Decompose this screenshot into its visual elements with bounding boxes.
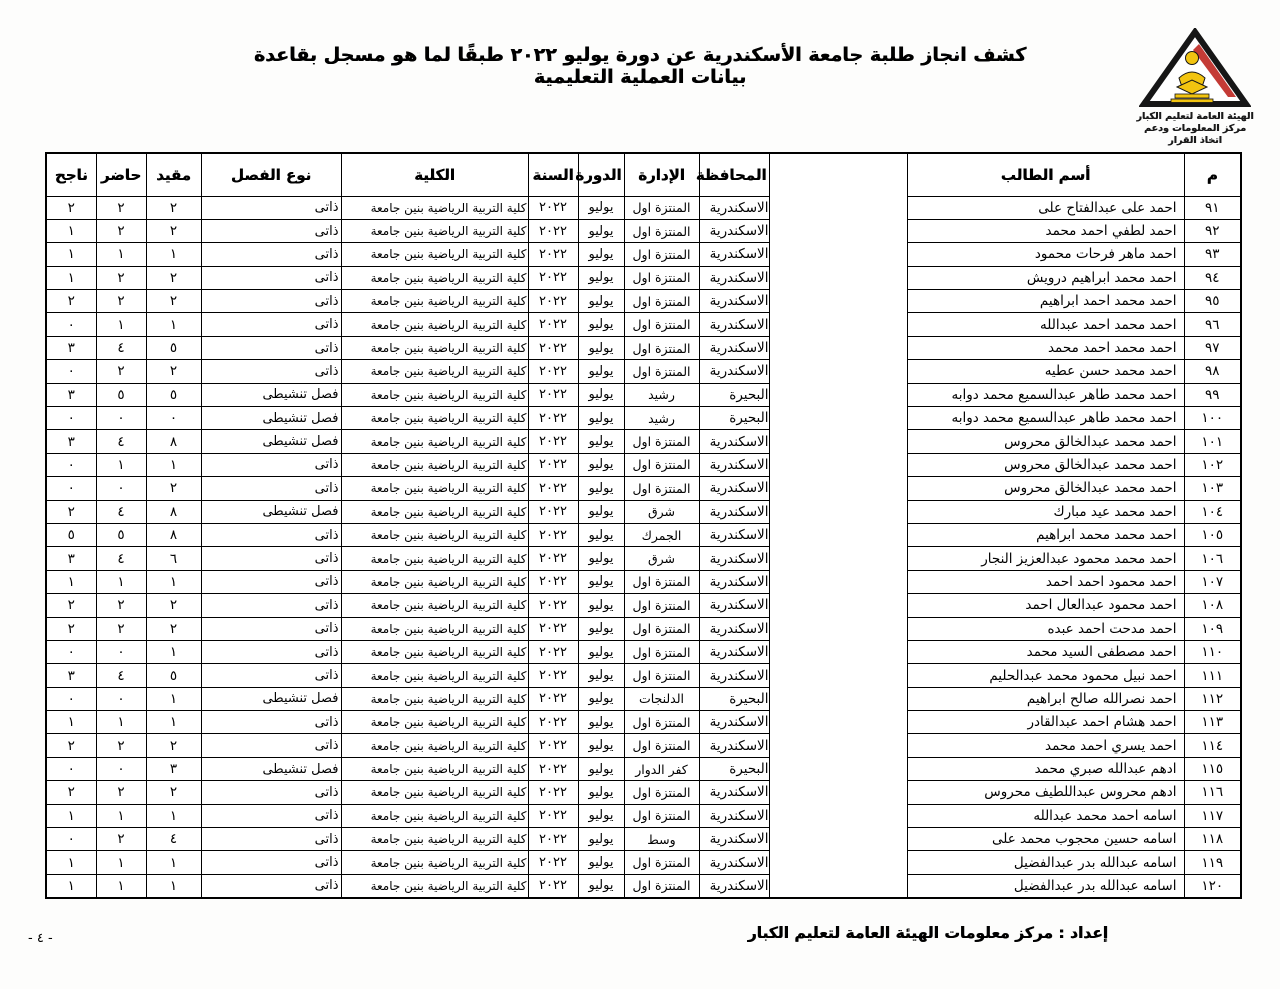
cell-year: ٢٠٢٢ xyxy=(528,243,578,266)
cell-passed-count: ٢ xyxy=(46,290,96,313)
cell-session: يوليو xyxy=(578,313,624,336)
cell-passed-count: ٣ xyxy=(46,547,96,570)
cell-year: ٢٠٢٢ xyxy=(528,500,578,523)
cell-college: كلية التربية الرياضية بنين جامعة xyxy=(341,523,528,546)
cell-passed-count: ٠ xyxy=(46,407,96,430)
cell-administration: المنتزة اول xyxy=(624,336,699,359)
cell-administration: شرق xyxy=(624,547,699,570)
table-row: ١١٤ احمد يسري احمد محمد الاسكندرية المنت… xyxy=(46,734,1241,757)
cell-class-type: ذاتى xyxy=(201,196,341,219)
cell-governorate: الاسكندرية xyxy=(699,266,769,289)
cell-session: يوليو xyxy=(578,453,624,476)
cell-administration: المنتزة اول xyxy=(624,617,699,640)
cell-governorate: البحيرة xyxy=(699,757,769,780)
cell-governorate: الاسكندرية xyxy=(699,313,769,336)
cell-attended-count: ٤ xyxy=(96,547,146,570)
cell-year: ٢٠٢٢ xyxy=(528,804,578,827)
cell-administration: المنتزة اول xyxy=(624,196,699,219)
cell-governorate: البحيرة xyxy=(699,407,769,430)
table-row: ١١٨ اسامه حسين محجوب محمد على الاسكندرية… xyxy=(46,828,1241,851)
cell-year: ٢٠٢٢ xyxy=(528,874,578,897)
cell-attended-count: ١ xyxy=(96,851,146,874)
cell-row-number: ١٠٨ xyxy=(1184,594,1241,617)
cell-passed-count: ٢ xyxy=(46,594,96,617)
table-row: ١٠١ احمد محمد عبدالخالق محروس الاسكندرية… xyxy=(46,430,1241,453)
cell-year: ٢٠٢٢ xyxy=(528,757,578,780)
cell-class-type: فصل تنشيطى xyxy=(201,383,341,406)
cell-row-number: ١١٤ xyxy=(1184,734,1241,757)
cell-student-name: اسامه احمد محمد عبدالله xyxy=(907,804,1184,827)
cell-student-name: احمد على عبدالفتاح على xyxy=(907,196,1184,219)
cell-administration: المنتزة اول xyxy=(624,640,699,663)
cell-gap xyxy=(769,219,907,242)
cell-college: كلية التربية الرياضية بنين جامعة xyxy=(341,313,528,336)
cell-administration: كفر الدوار xyxy=(624,757,699,780)
cell-class-type: ذاتى xyxy=(201,781,341,804)
table-row: ١١٠ احمد مصطفى السيد محمد الاسكندرية الم… xyxy=(46,640,1241,663)
cell-session: يوليو xyxy=(578,383,624,406)
cell-attended-count: ٢ xyxy=(96,219,146,242)
cell-session: يوليو xyxy=(578,336,624,359)
cell-year: ٢٠٢٢ xyxy=(528,290,578,313)
cell-administration: المنتزة اول xyxy=(624,851,699,874)
cell-administration: المنتزة اول xyxy=(624,874,699,897)
cell-row-number: ١٠٧ xyxy=(1184,570,1241,593)
cell-governorate: الاسكندرية xyxy=(699,664,769,687)
table-row: ٩٥ احمد محمد احمد ابراهيم الاسكندرية الم… xyxy=(46,290,1241,313)
cell-year: ٢٠٢٢ xyxy=(528,711,578,734)
cell-administration: المنتزة اول xyxy=(624,243,699,266)
cell-year: ٢٠٢٢ xyxy=(528,781,578,804)
cell-passed-count: ٣ xyxy=(46,664,96,687)
cell-year: ٢٠٢٢ xyxy=(528,687,578,710)
logo-text-center: مركز المعلومات ودعم اتخاذ القرار xyxy=(1132,123,1258,147)
cell-session: يوليو xyxy=(578,547,624,570)
cell-row-number: ٩٢ xyxy=(1184,219,1241,242)
adult-education-triangle-icon xyxy=(1139,28,1251,108)
cell-row-number: ٩٦ xyxy=(1184,313,1241,336)
cell-enrolled-count: ٢ xyxy=(146,477,201,500)
cell-student-name: احمد محمد احمد عبدالله xyxy=(907,313,1184,336)
cell-year: ٢٠٢٢ xyxy=(528,453,578,476)
cell-row-number: ١٠١ xyxy=(1184,430,1241,453)
cell-session: يوليو xyxy=(578,243,624,266)
cell-college: كلية التربية الرياضية بنين جامعة xyxy=(341,594,528,617)
cell-gap xyxy=(769,757,907,780)
cell-student-name: احمد محمد طاهر عبدالسميع محمد دوابه xyxy=(907,407,1184,430)
cell-attended-count: ٥ xyxy=(96,523,146,546)
cell-attended-count: ٢ xyxy=(96,828,146,851)
cell-governorate: الاسكندرية xyxy=(699,430,769,453)
cell-passed-count: ٣ xyxy=(46,430,96,453)
cell-class-type: ذاتى xyxy=(201,290,341,313)
cell-college: كلية التربية الرياضية بنين جامعة xyxy=(341,828,528,851)
cell-enrolled-count: ١ xyxy=(146,640,201,663)
cell-passed-count: ٢ xyxy=(46,617,96,640)
students-table-body: ٩١ احمد على عبدالفتاح على الاسكندرية الم… xyxy=(46,196,1241,898)
cell-row-number: ١١١ xyxy=(1184,664,1241,687)
cell-governorate: الاسكندرية xyxy=(699,804,769,827)
cell-student-name: ادهم عبدالله صبري محمد xyxy=(907,757,1184,780)
cell-year: ٢٠٢٢ xyxy=(528,407,578,430)
cell-governorate: الاسكندرية xyxy=(699,617,769,640)
cell-passed-count: ٠ xyxy=(46,313,96,336)
cell-row-number: ٩٥ xyxy=(1184,290,1241,313)
cell-college: كلية التربية الرياضية بنين جامعة xyxy=(341,243,528,266)
cell-year: ٢٠٢٢ xyxy=(528,477,578,500)
cell-enrolled-count: ٢ xyxy=(146,617,201,640)
cell-attended-count: ١ xyxy=(96,570,146,593)
cell-year: ٢٠٢٢ xyxy=(528,547,578,570)
cell-passed-count: ٥ xyxy=(46,523,96,546)
table-row: ٩٣ احمد ماهر فرحات محمود الاسكندرية المن… xyxy=(46,243,1241,266)
cell-attended-count: ٢ xyxy=(96,360,146,383)
cell-enrolled-count: ٥ xyxy=(146,336,201,359)
cell-session: يوليو xyxy=(578,851,624,874)
cell-enrolled-count: ١ xyxy=(146,243,201,266)
cell-gap xyxy=(769,804,907,827)
cell-gap xyxy=(769,711,907,734)
cell-class-type: فصل تنشيطى xyxy=(201,430,341,453)
col-header-enrolled: مقيد xyxy=(146,153,201,196)
cell-governorate: الاسكندرية xyxy=(699,219,769,242)
cell-passed-count: ٠ xyxy=(46,477,96,500)
cell-administration: المنتزة اول xyxy=(624,477,699,500)
cell-governorate: الاسكندرية xyxy=(699,336,769,359)
cell-row-number: ١١٦ xyxy=(1184,781,1241,804)
cell-administration: المنتزة اول xyxy=(624,313,699,336)
cell-administration: المنتزة اول xyxy=(624,266,699,289)
cell-session: يوليو xyxy=(578,523,624,546)
cell-session: يوليو xyxy=(578,219,624,242)
col-header-student-name: أسم الطالب xyxy=(907,153,1184,196)
cell-governorate: الاسكندرية xyxy=(699,547,769,570)
cell-college: كلية التربية الرياضية بنين جامعة xyxy=(341,874,528,897)
table-row: ١١١ احمد نبيل محمود محمد عبدالحليم الاسك… xyxy=(46,664,1241,687)
cell-student-name: احمد محمد احمد محمد xyxy=(907,336,1184,359)
cell-governorate: الاسكندرية xyxy=(699,523,769,546)
cell-student-name: احمد مدحت احمد عبده xyxy=(907,617,1184,640)
cell-administration: رشيد xyxy=(624,407,699,430)
cell-enrolled-count: ٣ xyxy=(146,757,201,780)
cell-student-name: احمد نصرالله صالح ابراهيم xyxy=(907,687,1184,710)
cell-college: كلية التربية الرياضية بنين جامعة xyxy=(341,360,528,383)
table-row: ٩١ احمد على عبدالفتاح على الاسكندرية الم… xyxy=(46,196,1241,219)
cell-gap xyxy=(769,594,907,617)
cell-gap xyxy=(769,617,907,640)
cell-student-name: احمد يسري احمد محمد xyxy=(907,734,1184,757)
table-row: ١١٥ ادهم عبدالله صبري محمد البحيرة كفر ا… xyxy=(46,757,1241,780)
cell-row-number: ٩٤ xyxy=(1184,266,1241,289)
cell-session: يوليو xyxy=(578,617,624,640)
cell-row-number: ١٢٠ xyxy=(1184,874,1241,897)
cell-session: يوليو xyxy=(578,266,624,289)
cell-passed-count: ١ xyxy=(46,266,96,289)
cell-administration: المنتزة اول xyxy=(624,290,699,313)
cell-governorate: البحيرة xyxy=(699,687,769,710)
cell-session: يوليو xyxy=(578,594,624,617)
cell-enrolled-count: ٢ xyxy=(146,219,201,242)
col-header-administration: الإدارة xyxy=(624,153,699,196)
cell-passed-count: ٠ xyxy=(46,757,96,780)
cell-year: ٢٠٢٢ xyxy=(528,313,578,336)
cell-passed-count: ٣ xyxy=(46,383,96,406)
table-row: ١١٩ اسامه عبدالله بدر عبدالفضيل الاسكندر… xyxy=(46,851,1241,874)
cell-student-name: احمد محمد محمود عبدالعزيز النجار xyxy=(907,547,1184,570)
col-header-attended: حاضر xyxy=(96,153,146,196)
cell-row-number: ٩٣ xyxy=(1184,243,1241,266)
cell-class-type: ذاتى xyxy=(201,523,341,546)
cell-class-type: ذاتى xyxy=(201,711,341,734)
cell-attended-count: ٥ xyxy=(96,383,146,406)
cell-gap xyxy=(769,523,907,546)
cell-enrolled-count: ٢ xyxy=(146,594,201,617)
cell-row-number: ١٠٣ xyxy=(1184,477,1241,500)
cell-attended-count: ٠ xyxy=(96,407,146,430)
cell-governorate: الاسكندرية xyxy=(699,453,769,476)
cell-enrolled-count: ٢ xyxy=(146,734,201,757)
col-header-session: الدورة xyxy=(578,153,624,196)
cell-governorate: الاسكندرية xyxy=(699,477,769,500)
cell-college: كلية التربية الرياضية بنين جامعة xyxy=(341,711,528,734)
cell-passed-count: ٢ xyxy=(46,781,96,804)
cell-session: يوليو xyxy=(578,570,624,593)
cell-session: يوليو xyxy=(578,500,624,523)
cell-college: كلية التربية الرياضية بنين جامعة xyxy=(341,687,528,710)
cell-class-type: ذاتى xyxy=(201,547,341,570)
cell-enrolled-count: ٠ xyxy=(146,407,201,430)
cell-college: كلية التربية الرياضية بنين جامعة xyxy=(341,336,528,359)
cell-student-name: احمد مصطفى السيد محمد xyxy=(907,640,1184,663)
cell-enrolled-count: ١ xyxy=(146,711,201,734)
table-row: ٩٧ احمد محمد احمد محمد الاسكندرية المنتز… xyxy=(46,336,1241,359)
cell-class-type: ذاتى xyxy=(201,336,341,359)
cell-college: كلية التربية الرياضية بنين جامعة xyxy=(341,734,528,757)
table-row: ٩٦ احمد محمد احمد عبدالله الاسكندرية الم… xyxy=(46,313,1241,336)
cell-gap xyxy=(769,640,907,663)
cell-attended-count: ٢ xyxy=(96,594,146,617)
cell-attended-count: ٠ xyxy=(96,757,146,780)
cell-governorate: البحيرة xyxy=(699,383,769,406)
authority-logo: الهيئة العامة لتعليم الكبار مركز المعلوم… xyxy=(1132,28,1258,147)
cell-session: يوليو xyxy=(578,290,624,313)
cell-attended-count: ٤ xyxy=(96,430,146,453)
col-header-num: م xyxy=(1184,153,1241,196)
cell-enrolled-count: ١ xyxy=(146,570,201,593)
cell-year: ٢٠٢٢ xyxy=(528,828,578,851)
cell-attended-count: ٢ xyxy=(96,266,146,289)
cell-class-type: فصل تنشيطى xyxy=(201,757,341,780)
cell-class-type: ذاتى xyxy=(201,243,341,266)
cell-student-name: احمد محمد حسن عطيه xyxy=(907,360,1184,383)
cell-college: كلية التربية الرياضية بنين جامعة xyxy=(341,453,528,476)
cell-session: يوليو xyxy=(578,757,624,780)
cell-row-number: ٩٧ xyxy=(1184,336,1241,359)
cell-row-number: ١١٣ xyxy=(1184,711,1241,734)
table-row: ٩٨ احمد محمد حسن عطيه الاسكندرية المنتزة… xyxy=(46,360,1241,383)
cell-gap xyxy=(769,828,907,851)
cell-class-type: ذاتى xyxy=(201,851,341,874)
cell-attended-count: ٠ xyxy=(96,477,146,500)
cell-row-number: ١٠٩ xyxy=(1184,617,1241,640)
cell-year: ٢٠٢٢ xyxy=(528,430,578,453)
cell-year: ٢٠٢٢ xyxy=(528,851,578,874)
cell-attended-count: ٢ xyxy=(96,196,146,219)
cell-class-type: ذاتى xyxy=(201,266,341,289)
cell-administration: المنتزة اول xyxy=(624,430,699,453)
cell-year: ٢٠٢٢ xyxy=(528,336,578,359)
cell-governorate: الاسكندرية xyxy=(699,781,769,804)
cell-college: كلية التربية الرياضية بنين جامعة xyxy=(341,547,528,570)
cell-year: ٢٠٢٢ xyxy=(528,383,578,406)
cell-class-type: فصل تنشيطى xyxy=(201,407,341,430)
cell-enrolled-count: ٥ xyxy=(146,383,201,406)
cell-class-type: ذاتى xyxy=(201,313,341,336)
cell-student-name: احمد لطفي احمد محمد xyxy=(907,219,1184,242)
cell-row-number: ٩١ xyxy=(1184,196,1241,219)
cell-passed-count: ٠ xyxy=(46,828,96,851)
cell-gap xyxy=(769,664,907,687)
cell-gap xyxy=(769,477,907,500)
cell-college: كلية التربية الرياضية بنين جامعة xyxy=(341,617,528,640)
cell-governorate: الاسكندرية xyxy=(699,874,769,897)
cell-administration: الجمرك xyxy=(624,523,699,546)
cell-governorate: الاسكندرية xyxy=(699,500,769,523)
col-header-passed: ناجح xyxy=(46,153,96,196)
cell-college: كلية التربية الرياضية بنين جامعة xyxy=(341,640,528,663)
table-row: ١٠٨ احمد محمود عبدالعال احمد الاسكندرية … xyxy=(46,594,1241,617)
cell-year: ٢٠٢٢ xyxy=(528,523,578,546)
cell-session: يوليو xyxy=(578,874,624,897)
cell-student-name: احمد محمد ابراهيم درويش xyxy=(907,266,1184,289)
cell-college: كلية التربية الرياضية بنين جامعة xyxy=(341,430,528,453)
cell-student-name: احمد محمود عبدالعال احمد xyxy=(907,594,1184,617)
cell-administration: المنتزة اول xyxy=(624,781,699,804)
cell-administration: رشيد xyxy=(624,383,699,406)
cell-row-number: ١١٩ xyxy=(1184,851,1241,874)
cell-year: ٢٠٢٢ xyxy=(528,570,578,593)
cell-year: ٢٠٢٢ xyxy=(528,734,578,757)
cell-class-type: فصل تنشيطى xyxy=(201,687,341,710)
cell-gap xyxy=(769,547,907,570)
cell-gap xyxy=(769,243,907,266)
table-row: ١٠٢ احمد محمد عبدالخالق محروس الاسكندرية… xyxy=(46,453,1241,476)
cell-administration: المنتزة اول xyxy=(624,570,699,593)
cell-governorate: الاسكندرية xyxy=(699,360,769,383)
table-row: ٩٤ احمد محمد ابراهيم درويش الاسكندرية ال… xyxy=(46,266,1241,289)
cell-row-number: ١١٢ xyxy=(1184,687,1241,710)
cell-passed-count: ٠ xyxy=(46,687,96,710)
cell-gap xyxy=(769,874,907,897)
cell-governorate: الاسكندرية xyxy=(699,711,769,734)
cell-governorate: الاسكندرية xyxy=(699,640,769,663)
col-header-college: الكلية xyxy=(341,153,528,196)
cell-gap xyxy=(769,196,907,219)
cell-enrolled-count: ٢ xyxy=(146,360,201,383)
cell-enrolled-count: ٢ xyxy=(146,290,201,313)
cell-class-type: ذاتى xyxy=(201,453,341,476)
cell-passed-count: ٠ xyxy=(46,640,96,663)
table-row: ٩٩ احمد محمد طاهر عبدالسميع محمد دوابه ا… xyxy=(46,383,1241,406)
cell-passed-count: ١ xyxy=(46,570,96,593)
cell-student-name: احمد محمد عبدالخالق محروس xyxy=(907,430,1184,453)
cell-session: يوليو xyxy=(578,687,624,710)
cell-session: يوليو xyxy=(578,477,624,500)
cell-enrolled-count: ١ xyxy=(146,453,201,476)
cell-year: ٢٠٢٢ xyxy=(528,664,578,687)
cell-class-type: فصل تنشيطى xyxy=(201,500,341,523)
footer-prepared-by: إعداد : مركز معلومات الهيئة العامة لتعلي… xyxy=(748,924,1108,942)
cell-class-type: ذاتى xyxy=(201,640,341,663)
cell-attended-count: ١ xyxy=(96,874,146,897)
cell-student-name: احمد نبيل محمود محمد عبدالحليم xyxy=(907,664,1184,687)
col-header-class-type: نوع الفصل xyxy=(201,153,341,196)
cell-passed-count: ١ xyxy=(46,874,96,897)
cell-gap xyxy=(769,430,907,453)
cell-administration: المنتزة اول xyxy=(624,594,699,617)
cell-gap xyxy=(769,453,907,476)
cell-attended-count: ١ xyxy=(96,313,146,336)
cell-governorate: الاسكندرية xyxy=(699,570,769,593)
cell-attended-count: ٢ xyxy=(96,617,146,640)
cell-enrolled-count: ٥ xyxy=(146,664,201,687)
cell-enrolled-count: ٤ xyxy=(146,828,201,851)
col-header-governorate: المحافظة xyxy=(699,153,769,196)
cell-row-number: ١٠٤ xyxy=(1184,500,1241,523)
cell-enrolled-count: ١ xyxy=(146,851,201,874)
cell-gap xyxy=(769,266,907,289)
cell-college: كلية التربية الرياضية بنين جامعة xyxy=(341,804,528,827)
cell-gap xyxy=(769,781,907,804)
cell-gap xyxy=(769,851,907,874)
cell-gap xyxy=(769,570,907,593)
cell-college: كلية التربية الرياضية بنين جامعة xyxy=(341,219,528,242)
cell-class-type: ذاتى xyxy=(201,617,341,640)
cell-session: يوليو xyxy=(578,407,624,430)
cell-enrolled-count: ١ xyxy=(146,874,201,897)
cell-passed-count: ٢ xyxy=(46,734,96,757)
cell-administration: الدلنجات xyxy=(624,687,699,710)
cell-governorate: الاسكندرية xyxy=(699,290,769,313)
cell-college: كلية التربية الرياضية بنين جامعة xyxy=(341,383,528,406)
table-row: ١٠٦ احمد محمد محمود عبدالعزيز النجار الا… xyxy=(46,547,1241,570)
cell-administration: المنتزة اول xyxy=(624,711,699,734)
cell-attended-count: ٢ xyxy=(96,290,146,313)
cell-administration: المنتزة اول xyxy=(624,734,699,757)
cell-class-type: ذاتى xyxy=(201,804,341,827)
table-row: ١٢٠ اسامه عبدالله بدر عبدالفضيل الاسكندر… xyxy=(46,874,1241,897)
cell-class-type: ذاتى xyxy=(201,828,341,851)
cell-session: يوليو xyxy=(578,828,624,851)
col-header-gap xyxy=(769,153,907,196)
cell-gap xyxy=(769,500,907,523)
cell-governorate: الاسكندرية xyxy=(699,594,769,617)
cell-college: كلية التربية الرياضية بنين جامعة xyxy=(341,477,528,500)
cell-student-name: اسامه حسين محجوب محمد على xyxy=(907,828,1184,851)
cell-student-name: ادهم محروس عبداللطيف محروس xyxy=(907,781,1184,804)
cell-governorate: الاسكندرية xyxy=(699,734,769,757)
cell-governorate: الاسكندرية xyxy=(699,243,769,266)
cell-college: كلية التربية الرياضية بنين جامعة xyxy=(341,851,528,874)
cell-student-name: اسامه عبدالله بدر عبدالفضيل xyxy=(907,874,1184,897)
cell-gap xyxy=(769,290,907,313)
cell-year: ٢٠٢٢ xyxy=(528,266,578,289)
cell-governorate: الاسكندرية xyxy=(699,196,769,219)
cell-gap xyxy=(769,407,907,430)
cell-student-name: احمد هشام احمد عبدالقادر xyxy=(907,711,1184,734)
cell-row-number: ٩٨ xyxy=(1184,360,1241,383)
cell-row-number: ١١٨ xyxy=(1184,828,1241,851)
